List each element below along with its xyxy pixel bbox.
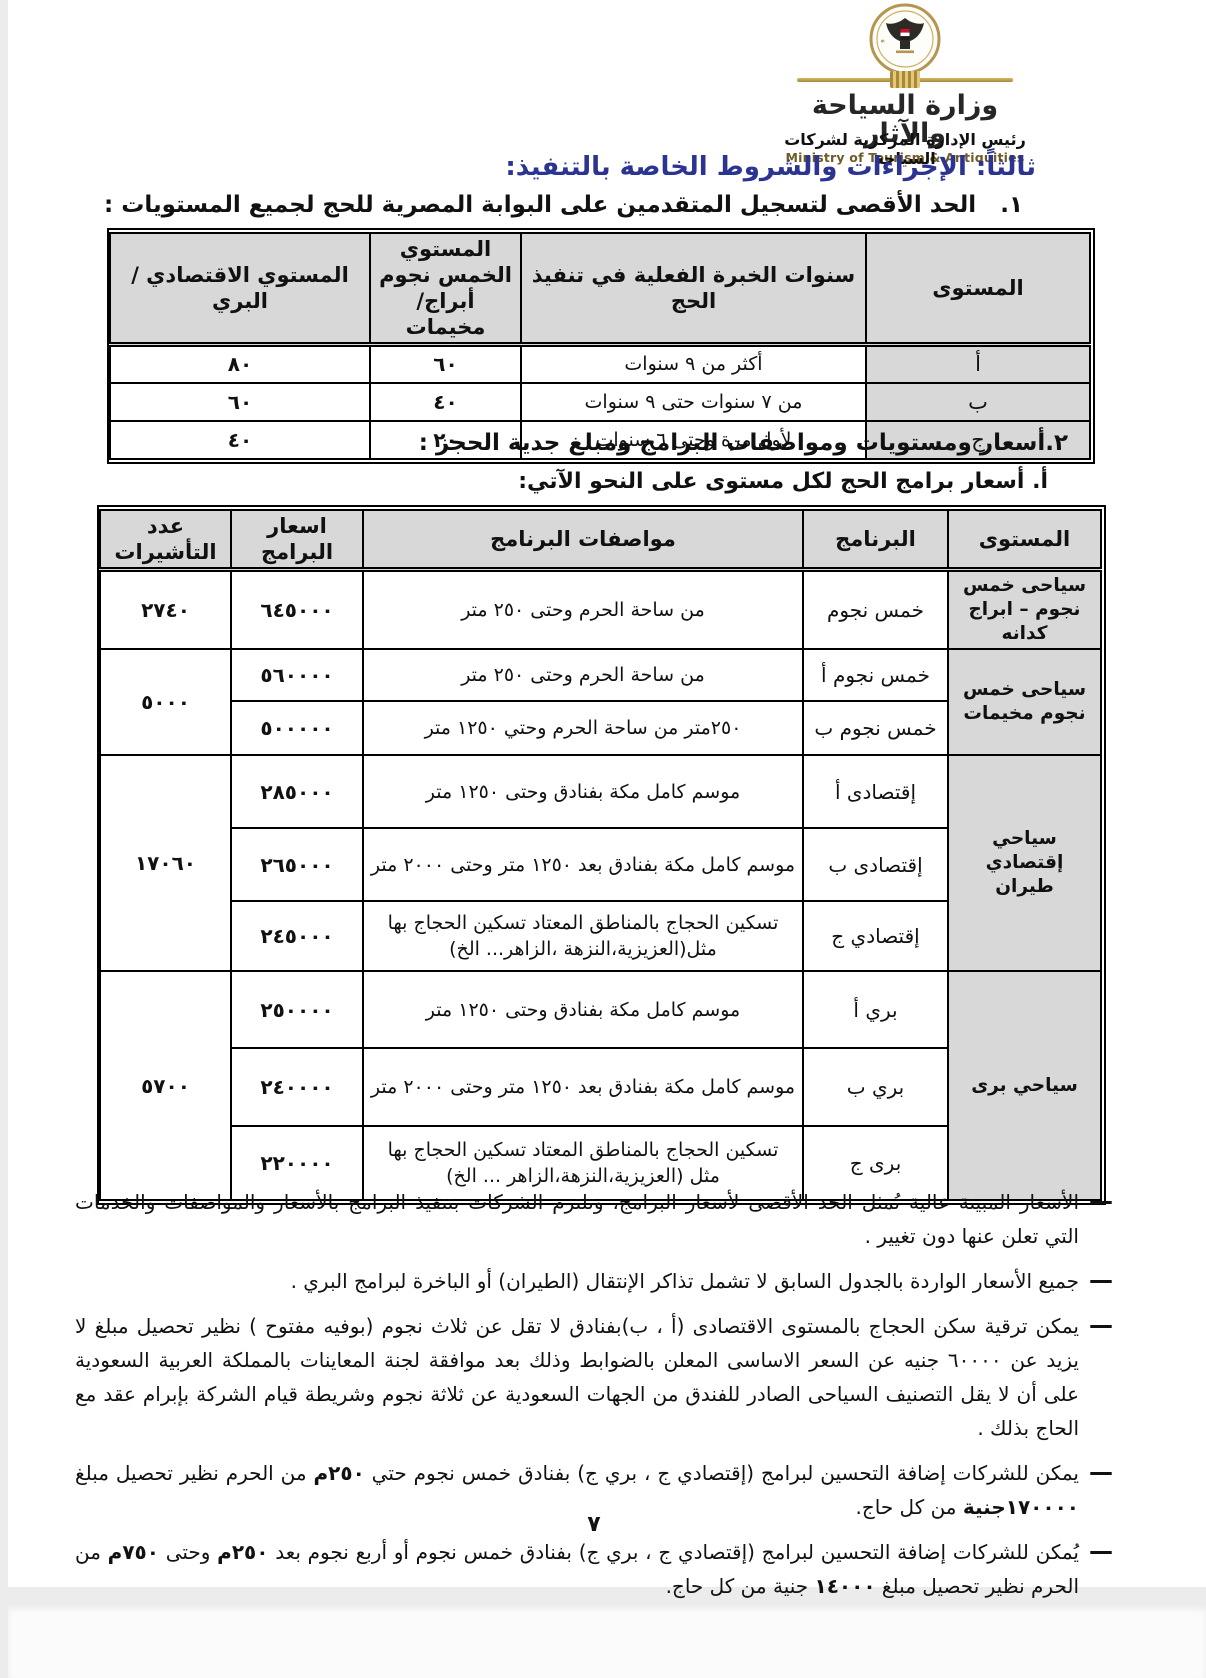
prices-table: المستوى البرنامج مواصفات البرنامج اسعار …: [99, 509, 1102, 1201]
level-group-cell: سياحى خمس نجوم – ابراج كدانه: [948, 570, 1101, 650]
program-cell: خمس نجوم ب: [803, 701, 948, 755]
col-price: اسعار البرامج: [231, 510, 363, 570]
note-text: جميع الأسعار الواردة بالجدول السابق لا ت…: [75, 1264, 1079, 1298]
col-specs: مواصفات البرنامج: [363, 510, 803, 570]
price-cell: ٦٤٥٠٠٠: [231, 570, 363, 650]
specs-cell: ٢٥٠متر من ساحة الحرم وحتي ١٢٥٠ متر: [363, 701, 803, 755]
note-item: —الأسعار المبينة عالية تُمثل الحد الأقصى…: [75, 1185, 1113, 1253]
ministry-emblem-icon: Ministry of Tourism & Antiquities: [863, 2, 947, 80]
experience-cell: من ٧ سنوات حتى ٩ سنوات: [521, 383, 866, 421]
levels-table: المستوى سنوات الخبرة الفعلية في تنفيذ ال…: [109, 232, 1091, 460]
col-experience: سنوات الخبرة الفعلية في تنفيذ الحج: [521, 233, 866, 345]
levels-table-header-row: المستوى سنوات الخبرة الفعلية في تنفيذ ال…: [110, 233, 1090, 345]
col-five-star: المستوي الخمس نجوم أبراج/مخيمات: [370, 233, 521, 345]
note-item: —يُمكن للشركات إضافة التحسين لبرامج (إقت…: [75, 1535, 1113, 1603]
col-program: البرنامج: [803, 510, 948, 570]
page-number: ٧: [75, 1512, 1113, 1537]
levels-table-row: بمن ٧ سنوات حتى ٩ سنوات٤٠٦٠: [110, 383, 1090, 421]
specs-cell: موسم كامل مكة بفنادق وحتى ١٢٥٠ متر: [363, 971, 803, 1048]
section-2-title: ٢.أسعار ومستويات ومواصفات البرامج ومبلغ …: [419, 430, 1068, 456]
note-item: —جميع الأسعار الواردة بالجدول السابق لا …: [75, 1264, 1113, 1298]
five-star-limit-cell: ٤٠: [370, 383, 521, 421]
col-economy-land: المستوي الاقتصادي / البري: [110, 233, 370, 345]
note-text: يمكن ترقية سكن الحجاج بالمستوى الاقتصادى…: [75, 1309, 1079, 1445]
program-cell: خمس نجوم: [803, 570, 948, 650]
economy-land-limit-cell: ٤٠: [110, 421, 370, 459]
specs-cell: موسم كامل مكة بفنادق وحتى ١٢٥٠ متر: [363, 755, 803, 828]
prices-table-row: سياحى خمس نجوم – ابراج كدانهخمس نجوممن س…: [100, 570, 1101, 650]
logo-divider: [797, 78, 1013, 82]
specs-cell: موسم كامل مكة بفنادق بعد ١٢٥٠ متر وحتى ٢…: [363, 828, 803, 901]
prices-table-row: سياحي برىبري أموسم كامل مكة بفنادق وحتى …: [100, 971, 1101, 1048]
item-1-text: ١. الحد الأقصى لتسجيل المتقدمين على البو…: [104, 192, 1023, 218]
bullet-dash-icon: —: [1079, 1264, 1113, 1298]
note-text: الأسعار المبينة عالية تُمثل الحد الأقصى …: [75, 1185, 1079, 1253]
level-group-cell: سياحى خمس نجوم مخيمات: [948, 649, 1101, 755]
visa-count-cell: ٥٧٠٠: [100, 971, 231, 1200]
program-cell: إقتصادى ب: [803, 828, 948, 901]
price-cell: ٢٨٥٠٠٠: [231, 755, 363, 828]
prices-table-row: سياحي إقتصادي طيرانإقتصادى أموسم كامل مك…: [100, 755, 1101, 828]
note-text: يُمكن للشركات إضافة التحسين لبرامج (إقتص…: [75, 1535, 1079, 1603]
price-cell: ٥٦٠٠٠٠: [231, 649, 363, 701]
visa-count-cell: ١٧٠٦٠: [100, 755, 231, 971]
economy-land-limit-cell: ٨٠: [110, 345, 370, 383]
levels-table-frame: المستوى سنوات الخبرة الفعلية في تنفيذ ال…: [107, 228, 1095, 464]
level-group-cell: سياحي إقتصادي طيران: [948, 755, 1101, 971]
program-cell: إقتصادى أ: [803, 755, 948, 828]
level-cell: أ: [866, 345, 1090, 383]
col-level: المستوى: [866, 233, 1090, 345]
price-cell: ٢٦٥٠٠٠: [231, 828, 363, 901]
program-cell: إقتصادي ج: [803, 901, 948, 971]
section-heading: ثالثاً: الإجراءات والشروط الخاصة بالتنفي…: [505, 152, 1036, 182]
prices-table-row: سياحى خمس نجوم مخيماتخمس نجوم أمن ساحة ا…: [100, 649, 1101, 701]
level-group-cell: سياحي برى: [948, 971, 1101, 1200]
section-2a-title: أ. أسعار برامج الحج لكل مستوى على النحو …: [518, 469, 1048, 494]
specs-cell: من ساحة الحرم وحتى ٢٥٠ متر: [363, 649, 803, 701]
program-cell: بري أ: [803, 971, 948, 1048]
visa-count-cell: ٥٠٠٠: [100, 649, 231, 755]
prices-table-frame: المستوى البرنامج مواصفات البرنامج اسعار …: [97, 505, 1106, 1205]
bullet-dash-icon: —: [1079, 1185, 1113, 1253]
program-cell: خمس نجوم أ: [803, 649, 948, 701]
specs-cell: تسكين الحجاج بالمناطق المعتاد تسكين الحج…: [363, 901, 803, 971]
notes-list: —الأسعار المبينة عالية تُمثل الحد الأقصى…: [75, 1185, 1113, 1614]
price-cell: ٥٠٠٠٠٠: [231, 701, 363, 755]
program-cell: بري ب: [803, 1048, 948, 1126]
specs-cell: من ساحة الحرم وحتى ٢٥٠ متر: [363, 570, 803, 650]
level-cell: ب: [866, 383, 1090, 421]
document-page: Ministry of Tourism & Antiquities وزارة …: [8, 0, 1206, 1587]
levels-table-row: أأكثر من ٩ سنوات٦٠٨٠: [110, 345, 1090, 383]
economy-land-limit-cell: ٦٠: [110, 383, 370, 421]
col-level: المستوى: [948, 510, 1101, 570]
prices-table-header-row: المستوى البرنامج مواصفات البرنامج اسعار …: [100, 510, 1101, 570]
bullet-dash-icon: —: [1079, 1535, 1113, 1603]
price-cell: ٢٤٥٠٠٠: [231, 901, 363, 971]
note-item: —يمكن ترقية سكن الحجاج بالمستوى الاقتصاد…: [75, 1309, 1113, 1445]
experience-cell: أكثر من ٩ سنوات: [521, 345, 866, 383]
bullet-dash-icon: —: [1079, 1309, 1113, 1445]
next-page-preview: [8, 1606, 1206, 1678]
price-cell: ٢٥٠٠٠٠: [231, 971, 363, 1048]
pdf-viewer: Ministry of Tourism & Antiquities وزارة …: [0, 0, 1206, 1678]
visa-count-cell: ٢٧٤٠: [100, 570, 231, 650]
five-star-limit-cell: ٦٠: [370, 345, 521, 383]
specs-cell: موسم كامل مكة بفنادق بعد ١٢٥٠ متر وحتى ٢…: [363, 1048, 803, 1126]
price-cell: ٢٤٠٠٠٠: [231, 1048, 363, 1126]
col-visas: عدد التأشيرات: [100, 510, 231, 570]
